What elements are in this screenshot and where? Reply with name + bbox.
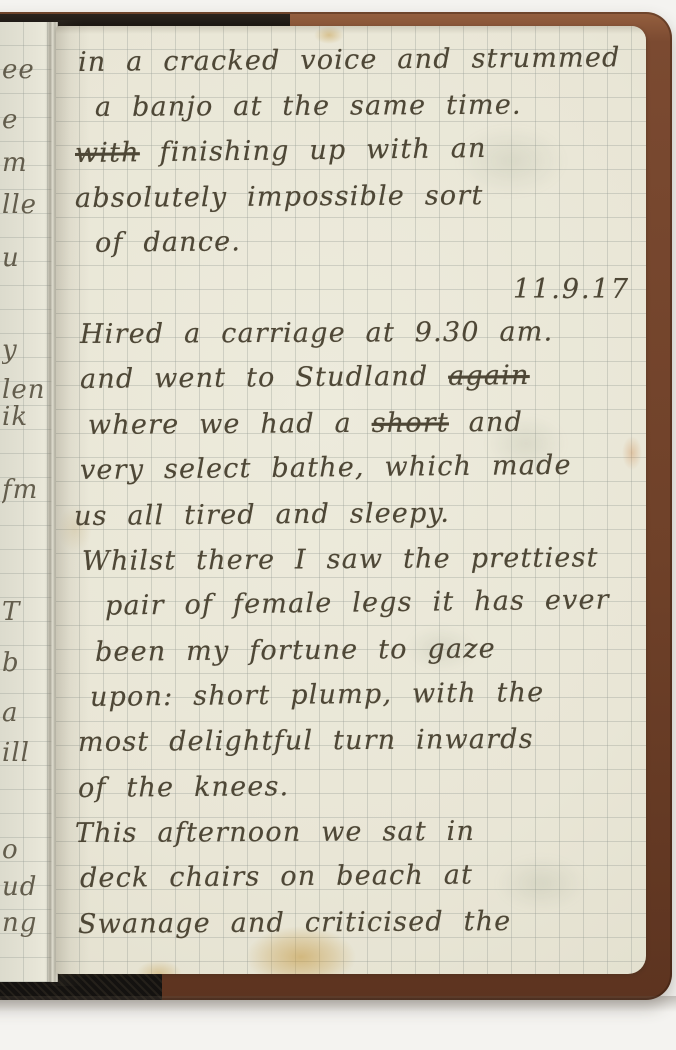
handwriting-segment: finishing up with an [140,133,487,168]
handwriting-segment: us all tired and sleepy. [74,497,450,531]
handwriting-line: absolutely impossible sort [74,172,631,221]
handwriting-segment: This afternoon we sat in [75,816,475,849]
photo-background: { "notebook": { "entry_date": "11.9.17",… [0,0,676,1050]
struck-word: with [75,137,140,169]
handwriting-segment: Whilst there I saw the prettiest [82,542,599,577]
handwriting-line: of dance. [74,215,646,266]
struck-word: again [448,360,530,392]
diary-page: in a cracked voice and strummeda banjo a… [56,26,646,974]
book-drop-shadow [0,996,676,1012]
handwriting-segment: Hired a carriage at 9.30 am. [80,317,553,350]
handwriting-line: with finishing up with an [74,124,632,176]
handwriting-segment: deck chairs on beach at [80,860,473,894]
handwriting-segment: in a cracked voice and strummed [78,42,621,78]
handwriting-line: and went to Studland again [74,353,636,403]
handwriting-line: been my fortune to gaze [74,625,646,675]
handwriting-line: a banjo at the same time. [74,82,646,130]
handwriting-segment: been my fortune to gaze [95,633,496,667]
handwriting-line: very select bathe, which made [74,442,636,493]
handwriting-line: us all tired and sleepy. [74,489,630,539]
struck-word: short [372,407,449,439]
handwriting-line: Whilst there I saw the prettiest [74,535,638,584]
handwriting-segment: 11.9.17 [513,274,630,305]
handwriting-line: of the knees. [74,761,634,811]
handwriting-segment: Swanage and criticised the [78,906,512,940]
handwriting-line: This afternoon we sat in [74,808,631,856]
handwriting-segment: of dance. [95,227,241,260]
previous-page-edge: eeemlleuylenikfmTbailloudng [0,22,58,982]
handwriting-line: Swanage and criticised the [74,898,634,947]
handwriting-segment: of the knees. [78,771,290,804]
handwriting-line: deck chairs on beach at [74,851,636,901]
handwriting-line: pair of female legs it has ever [74,577,646,629]
handwriting-segment: very select bathe, which made [80,450,572,486]
entry-date: 11.9.17 [74,267,646,312]
handwriting-line: Hired a carriage at 9.30 am. [74,309,636,357]
handwriting-segment: pair of female legs it has ever [105,585,610,622]
handwriting-text: in a cracked voice and strummeda banjo a… [74,26,630,974]
handwriting-segment: a banjo at the same time. [95,90,522,123]
handwriting-segment: and went to Studland [80,361,448,395]
handwriting-segment: most delightful turn inwards [78,724,534,758]
handwriting-segment: absolutely impossible sort [75,180,484,214]
handwriting-segment: upon: short plump, with the [90,677,545,713]
handwriting-line: where we had a short and [74,399,644,448]
handwriting-line: in a cracked voice and strummed [74,35,634,85]
handwriting-segment: where we had a [88,408,372,441]
handwriting-segment: and [449,407,523,439]
handwriting-line: upon: short plump, with the [74,669,646,720]
handwriting-line: most delightful turn inwards [74,716,634,765]
